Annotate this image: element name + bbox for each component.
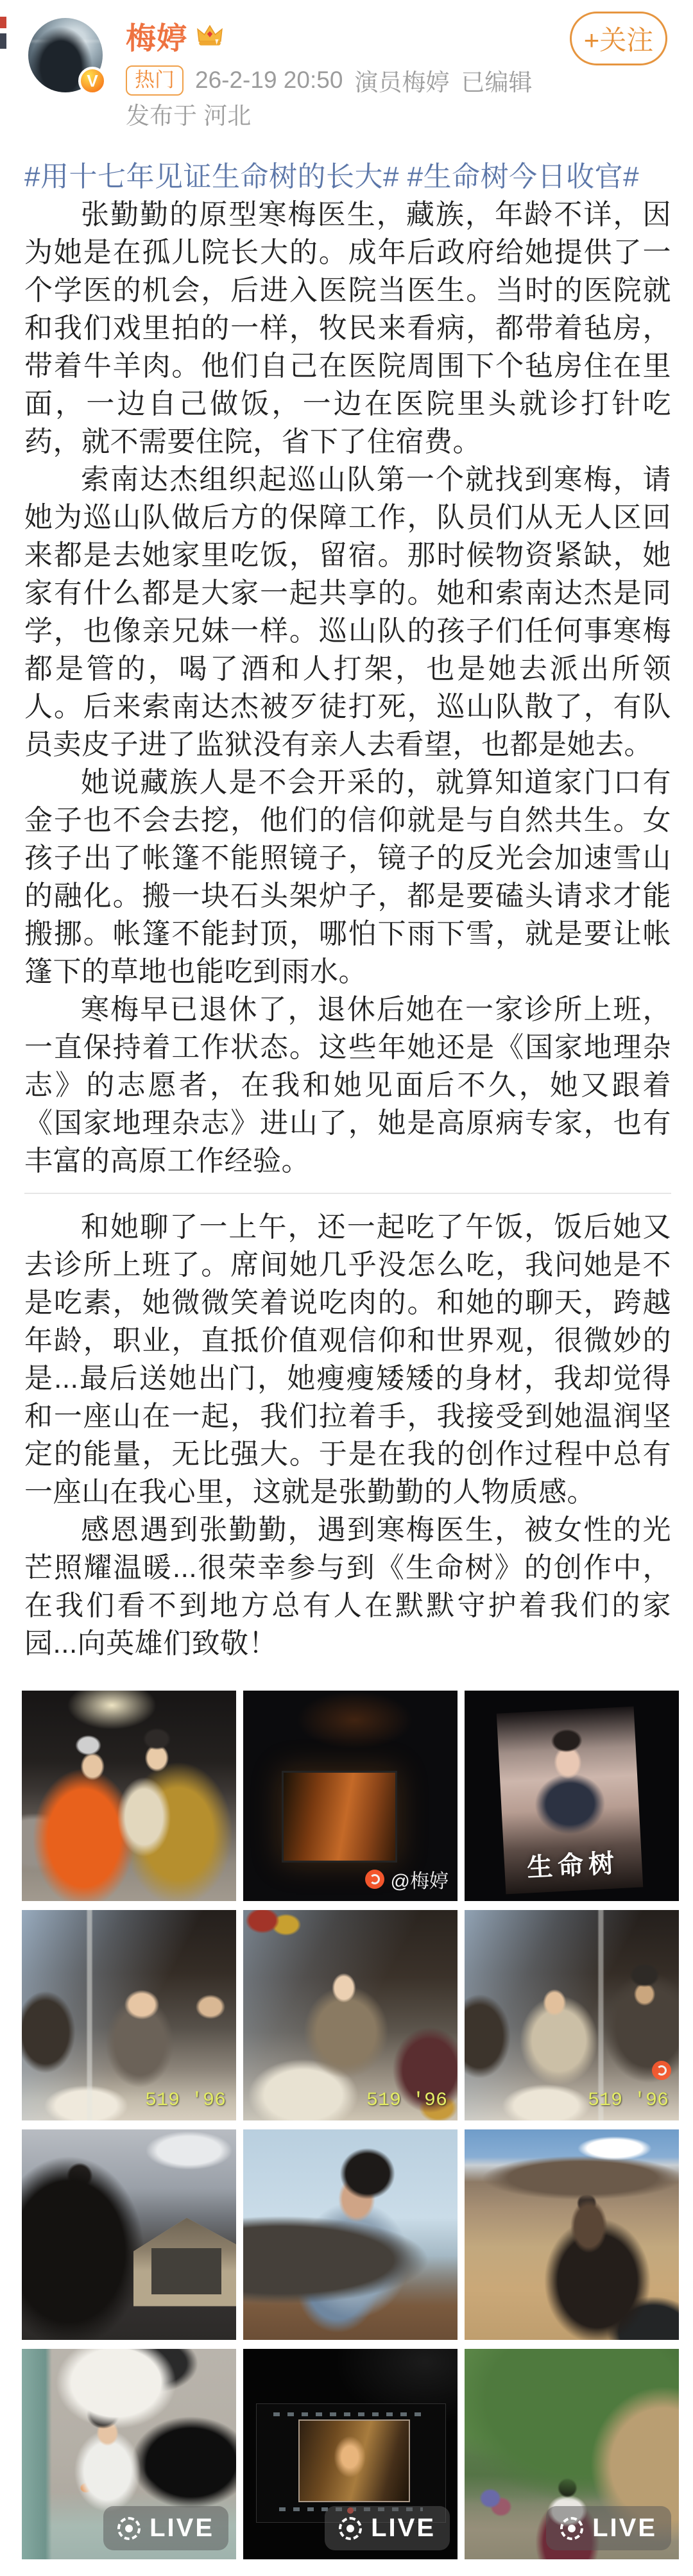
camera-monitor-screen	[282, 1771, 397, 1863]
camcorder-timestamp: 519 '96	[588, 2090, 669, 2111]
screenshot-stitch-divider	[24, 1193, 671, 1194]
photo-outdoor-set-tree[interactable]: LIVE	[465, 2349, 679, 2559]
live-label: LIVE	[150, 2514, 214, 2543]
weibo-logo-icon	[365, 1870, 384, 1889]
photo-monitor-dark-scene[interactable]: @梅婷	[243, 1691, 458, 1901]
monitor-screen	[298, 2419, 410, 2502]
hot-badge: 热门	[126, 65, 184, 96]
paragraph-3: 她说藏族人是不会开采的，就算知道家门口有金子也不会去挖，他们的信仰就是与自然共生…	[24, 763, 671, 991]
monitor-frame	[256, 2403, 446, 2523]
edge-artifact-red	[0, 17, 6, 28]
weibo-post-page: V 梅婷 热门 26-2-19 20:50 演员梅婷 已编辑 发布于 河北 +关…	[0, 0, 693, 2576]
poster-title: 生命树	[504, 1841, 642, 1885]
camcorder-timestamp: 519 '96	[145, 2090, 226, 2111]
poster-portrait: 生命树	[497, 1706, 643, 1894]
edge-artifact-dark	[0, 33, 6, 49]
post-meta-line: 热门 26-2-19 20:50 演员梅婷 已编辑	[126, 63, 532, 98]
live-watermark: LIVE	[546, 2506, 671, 2550]
photo-behind-the-scenes-camera[interactable]: LIVE	[22, 2349, 236, 2559]
photo-tent-interior-3[interactable]: 519 '96	[465, 1910, 679, 2120]
aperture-icon	[560, 2517, 583, 2540]
post-location: 发布于 河北	[126, 96, 251, 131]
paragraph-4: 寒梅早已退休了，退休后她在一家诊所上班，一直保持着工作状态。这些年她还是《国家地…	[24, 991, 671, 1180]
follow-button[interactable]: +关注	[570, 12, 667, 65]
vip-crown-icon	[196, 24, 223, 47]
aperture-icon	[117, 2517, 141, 2540]
post-body: #用十七年见证生命树的长大# #生命树今日收官# 张勤勤的原型寒梅医生，藏族，年…	[24, 158, 671, 1662]
verified-v-badge: V	[78, 67, 107, 95]
live-watermark: LIVE	[325, 2506, 450, 2550]
hashtag-links[interactable]: #用十七年见证生命树的长大# #生命树今日收官#	[24, 158, 671, 196]
paragraph-1: 张勤勤的原型寒梅医生，藏族，年龄不详，因为她是在孤儿院长大的。成年后政府给她提供…	[24, 196, 671, 461]
author-line: 梅婷	[126, 18, 223, 54]
aperture-icon	[339, 2517, 362, 2540]
watermark-text: @梅婷	[391, 1865, 449, 1893]
photo-drama-poster-screen[interactable]: 生命树	[465, 1691, 679, 1901]
photo-horse-rider-desert[interactable]	[465, 2129, 679, 2340]
photo-director-monitor[interactable]: LIVE	[243, 2349, 458, 2559]
avatar[interactable]: V	[28, 18, 103, 92]
author-name[interactable]: 梅婷	[126, 15, 187, 58]
paragraph-6: 感恩遇到张勤勤，遇到寒梅医生，被女性的光芒照耀温暖...很荣幸参与到《生命树》的…	[24, 1511, 671, 1662]
weibo-logo-watermark	[652, 2061, 671, 2083]
paragraph-5: 和她聊了一上午，还一起吃了午饭，饭后她又去诊所上班了。席间她几乎没怎么吃，我问她…	[24, 1208, 671, 1511]
image-grid: @梅婷 生命树 519 '96 519 '96 519 '96	[22, 1691, 679, 2559]
camcorder-timestamp: 519 '96	[366, 2090, 447, 2111]
live-watermark: LIVE	[103, 2506, 228, 2550]
live-label: LIVE	[592, 2514, 657, 2543]
post-source[interactable]: 演员梅婷	[354, 63, 449, 98]
photo-tent-interior-1[interactable]: 519 '96	[22, 1910, 236, 2120]
photo-tent-interior-2[interactable]: 519 '96	[243, 1910, 458, 2120]
photo-rider-by-house[interactable]	[22, 2129, 236, 2340]
post-time: 26-2-19 20:50	[195, 67, 343, 94]
monitor-readout-top	[273, 2412, 428, 2416]
edited-label: 已编辑	[461, 63, 532, 98]
photo-woman-scarf-portrait[interactable]	[243, 2129, 458, 2340]
weibo-logo-icon	[652, 2061, 671, 2080]
photo-meiting-with-dr-hanmei[interactable]	[22, 1691, 236, 1901]
live-label: LIVE	[371, 2514, 436, 2543]
paragraph-2: 索南达杰组织起巡山队第一个就找到寒梅，请她为巡山队做后方的保障工作，队员们从无人…	[24, 461, 671, 763]
house-background	[133, 2218, 236, 2307]
weibo-watermark: @梅婷	[365, 1865, 449, 1893]
